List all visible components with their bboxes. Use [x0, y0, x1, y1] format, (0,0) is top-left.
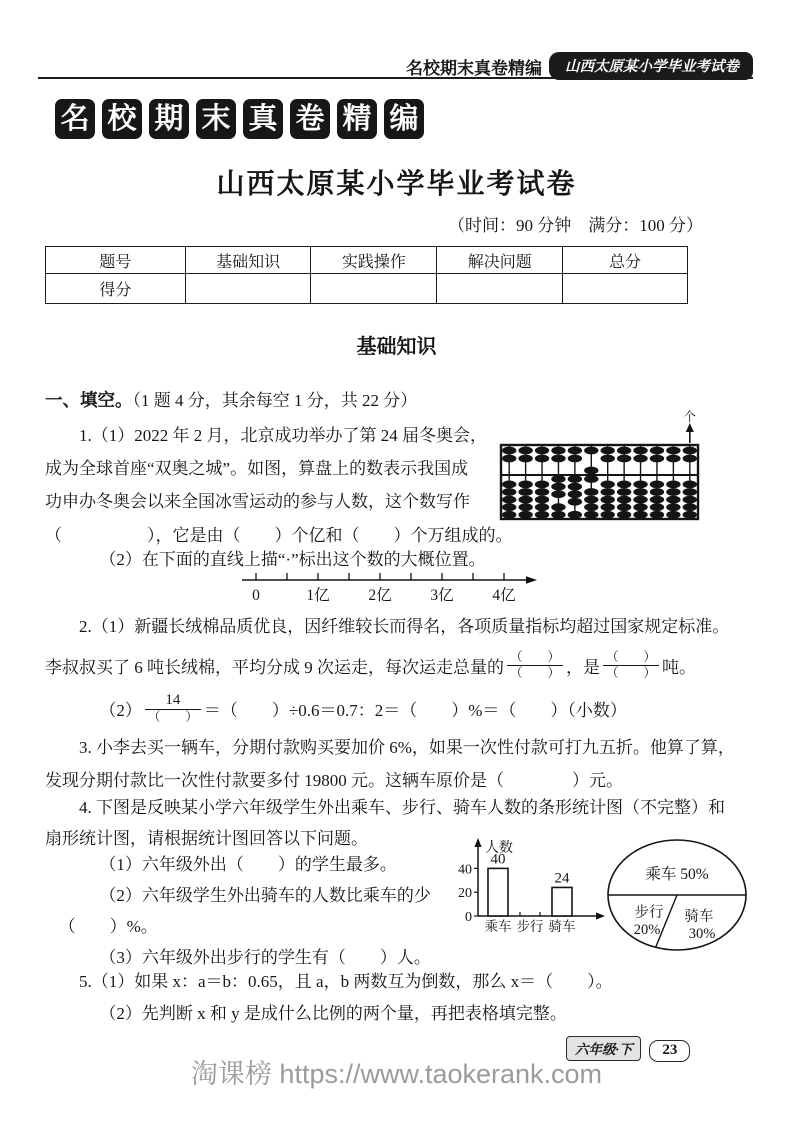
- abacus-bead: [502, 481, 516, 489]
- abacus-bead: [584, 511, 598, 519]
- abacus-bead: [666, 503, 680, 511]
- q4-sub2: （2）六年级学生外出骑车的人数比乘车的少: [45, 880, 457, 911]
- fraction-numerator-blank: （ ）: [603, 650, 659, 665]
- abacus-bead: [601, 481, 615, 489]
- abacus-bead: [617, 511, 631, 519]
- abacus-bead: [666, 481, 680, 489]
- abacus-bead: [535, 447, 549, 455]
- group-score-note: （1 题 4 分，其余每空 1 分，共 22 分）: [133, 391, 418, 410]
- q2-sub2-label: （2）: [45, 696, 142, 721]
- pie-label-slice3: 骑车: [685, 907, 714, 925]
- score-header-cell: 解决问题: [437, 247, 563, 274]
- exam-page: 名校期末真卷精编山西太原某小学毕业考试卷 名 校 期 末 真 卷 精 编 山西太…: [0, 0, 793, 1122]
- abacus-bead: [502, 488, 516, 496]
- abacus-bead: [551, 455, 565, 463]
- q2-line1: 2.（1）新疆长绒棉品质优良，因纤维较长而得名，各项质量指标均超过国家规定标准。: [45, 612, 760, 642]
- series-title-stamps: 名 校 期 末 真 卷 精 编: [55, 99, 427, 139]
- number-line-tick-label: 1亿: [306, 586, 330, 604]
- q1-line: 功申办冬奥会以来全国冰雪运动的参与人数，这个数写作: [45, 485, 515, 518]
- abacus-bead: [584, 475, 598, 483]
- q1-line: 成为全球首座“双奥之城”。如图，算盘上的数表示我国成: [45, 452, 515, 485]
- abacus-bead: [650, 455, 664, 463]
- abacus-bead: [666, 447, 680, 455]
- abacus-bead: [617, 488, 631, 496]
- pie-chart-figure: 乘车 50%步行20%骑车30%: [605, 838, 755, 956]
- abacus-bead: [551, 447, 565, 455]
- abacus-bead: [617, 481, 631, 489]
- score-blank-cell: [437, 274, 563, 304]
- pie-value-slice3: 30%: [689, 926, 716, 942]
- q4-sub1: （1）六年级外出（ ）的学生最多。: [45, 849, 457, 880]
- number-line-svg: 01亿2亿3亿4亿: [240, 566, 540, 608]
- abacus-bead: [568, 498, 582, 506]
- abacus-bead: [584, 496, 598, 504]
- x-category-label: 骑车: [549, 918, 576, 934]
- abacus-bead: [601, 511, 615, 519]
- abacus-bead: [535, 455, 549, 463]
- abacus-bead: [584, 488, 598, 496]
- abacus-bead: [584, 447, 598, 455]
- question-5: 5.（1）如果 x：a＝b：0.65，且 a，b 两数互为倒数，那么 x＝（ ）…: [45, 966, 760, 1030]
- q1-line: 1.（1）2022 年 2 月，北京成功举办了第 24 届冬奥会，: [45, 419, 515, 452]
- x-axis-arrowhead: [596, 912, 605, 919]
- q5-line: 5.（1）如果 x：a＝b：0.65，且 a，b 两数互为倒数，那么 x＝（ ）…: [45, 966, 760, 998]
- abacus-bead: [568, 475, 582, 483]
- q2-line2-text: 李叔叔买了 6 吨长绒棉，平均分成 9 次运走，每次运走总量的: [45, 653, 504, 678]
- y-axis-arrowhead: [474, 838, 481, 847]
- q4-sub2-cont: （ ）%。: [45, 911, 457, 942]
- question-1: 1.（1）2022 年 2 月，北京成功举办了第 24 届冬奥会， 成为全球首座…: [45, 419, 515, 552]
- blank-fraction: （ ）（ ）: [507, 650, 563, 681]
- number-line-tick-label: 2亿: [368, 586, 392, 604]
- abacus-bead: [502, 447, 516, 455]
- q2-line2-text: ，是: [566, 653, 600, 678]
- q4-line: 4. 下图是反映某小学六年级学生外出乘车、步行、骑车人数的条形统计图（不完整）和: [45, 792, 760, 823]
- abacus-bead: [568, 490, 582, 498]
- pie-chart-svg: 乘车 50%步行20%骑车30%: [605, 838, 755, 956]
- abacus-bead: [666, 511, 680, 519]
- abacus-bead: [666, 455, 680, 463]
- abacus-bead: [518, 511, 532, 519]
- fraction-denominator-blank: （ ）: [507, 665, 563, 681]
- bar-chart-svg: 人数0204040乘车步行24骑车: [448, 836, 610, 950]
- score-header-cell: 总分: [563, 247, 688, 274]
- abacus-bead: [683, 455, 697, 463]
- stamp-char: 名: [55, 99, 95, 139]
- abacus-bead: [666, 488, 680, 496]
- page-header: 名校期末真卷精编山西太原某小学毕业考试卷: [406, 52, 753, 80]
- number-line-tick-label: 3亿: [430, 586, 454, 604]
- abacus-bead: [601, 496, 615, 504]
- abacus-bead: [683, 447, 697, 455]
- abacus-bead: [633, 481, 647, 489]
- question-3: 3. 小李去买一辆车，分期付款购买要加价 6%，如果一次性付款可打九五折。他算了…: [45, 731, 760, 797]
- score-table-score-row: 得分: [46, 274, 688, 304]
- abacus-bead: [568, 455, 582, 463]
- abacus-bead: [518, 496, 532, 504]
- section-title: 基础知识: [0, 330, 793, 359]
- score-header-cell: 基础知识: [185, 247, 311, 274]
- header-series-label: 名校期末真卷精编: [406, 59, 542, 78]
- abacus-bead: [568, 511, 582, 519]
- q2-sub2: （2） 14（ ） ＝（ ）÷0.6＝0.7：2＝（ ）%＝（ ）（小数）: [45, 688, 760, 728]
- abacus-bead: [584, 503, 598, 511]
- stamp-char: 真: [243, 99, 283, 139]
- abacus-pointer-arrowhead: [686, 423, 694, 432]
- abacus-bead: [535, 511, 549, 519]
- abacus-bead: [633, 447, 647, 455]
- number-line-arrowhead: [526, 576, 537, 584]
- abacus-bead: [518, 481, 532, 489]
- abacus-bead: [650, 496, 664, 504]
- abacus-bead: [683, 488, 697, 496]
- abacus-bead: [650, 488, 664, 496]
- stamp-char: 编: [384, 99, 424, 139]
- abacus-bead: [601, 503, 615, 511]
- score-blank-cell: [185, 274, 311, 304]
- abacus-bead: [535, 488, 549, 496]
- stamp-char: 末: [196, 99, 236, 139]
- abacus-bead: [633, 511, 647, 519]
- abacus-bead: [633, 488, 647, 496]
- abacus-bead: [683, 511, 697, 519]
- y-tick-label: 20: [458, 886, 472, 901]
- bar-chart-figure: 人数0204040乘车步行24骑车: [448, 836, 610, 950]
- abacus-figure: 个: [498, 410, 702, 522]
- abacus-bead: [650, 511, 664, 519]
- bar-value-label: 40: [491, 851, 506, 867]
- abacus-bead: [535, 503, 549, 511]
- stamp-char: 精: [337, 99, 377, 139]
- pie-label-slice2: 步行: [635, 904, 664, 921]
- y-tick-label: 0: [465, 910, 472, 925]
- fraction-denominator-blank: （ ）: [145, 709, 201, 725]
- exam-time-score-note: （时间：90 分钟 满分：100 分）: [40, 211, 703, 236]
- group-label: 一、填空。: [45, 390, 133, 410]
- number-line-tick-label: 0: [252, 587, 260, 604]
- abacus-bead: [551, 490, 565, 498]
- abacus-bead: [683, 481, 697, 489]
- number-line-figure: 01亿2亿3亿4亿: [240, 566, 540, 608]
- abacus-bead: [518, 447, 532, 455]
- abacus-bead: [650, 481, 664, 489]
- q2-line2-text: 吨。: [662, 653, 696, 678]
- abacus-bead: [601, 455, 615, 463]
- abacus-bead: [551, 475, 565, 483]
- score-header-cell: 题号: [46, 247, 186, 274]
- abacus-bead: [502, 503, 516, 511]
- abacus-bead: [650, 503, 664, 511]
- fraction-numerator: 14: [145, 691, 201, 709]
- fraction-numerator-blank: （ ）: [507, 650, 563, 665]
- bar-value-label: 24: [555, 870, 571, 886]
- abacus-bead: [633, 503, 647, 511]
- abacus-bead: [518, 503, 532, 511]
- number-line-tick-label: 4亿: [492, 586, 516, 604]
- question-4-subquestions: （1）六年级外出（ ）的学生最多。 （2）六年级学生外出骑车的人数比乘车的少 （…: [45, 849, 457, 973]
- abacus-bead: [666, 496, 680, 504]
- score-table: 题号 基础知识 实践操作 解决问题 总分 得分: [45, 246, 688, 304]
- score-blank-cell: [311, 274, 437, 304]
- question-2: 2.（1）新疆长绒棉品质优良，因纤维较长而得名，各项质量指标均超过国家规定标准。…: [45, 612, 760, 728]
- abacus-bead: [601, 447, 615, 455]
- watermark: 淘课榜 https://www.taokerank.com: [0, 1052, 793, 1091]
- score-table-header-row: 题号 基础知识 实践操作 解决问题 总分: [46, 247, 688, 274]
- score-header-cell: 实践操作: [311, 247, 437, 274]
- score-row-label: 得分: [46, 274, 186, 304]
- abacus-bead: [617, 455, 631, 463]
- abacus-svg: 个: [498, 410, 702, 522]
- q2-sub2-equation: ＝（ ）÷0.6＝0.7：2＝（ ）%＝（ ）（小数）: [204, 696, 627, 721]
- abacus-bead: [535, 481, 549, 489]
- q2-line2: 李叔叔买了 6 吨长绒棉，平均分成 9 次运走，每次运走总量的 （ ）（ ） ，…: [45, 642, 760, 688]
- x-category-label: 乘车: [485, 919, 512, 934]
- abacus-bead: [584, 467, 598, 475]
- question-group-intro: 一、填空。（1 题 4 分，其余每空 1 分，共 22 分）: [45, 386, 417, 412]
- abacus-bead: [601, 488, 615, 496]
- q3-line: 3. 小李去买一辆车，分期付款购买要加价 6%，如果一次性付款可打九五折。他算了…: [45, 731, 760, 764]
- blank-fraction: （ ）（ ）: [603, 650, 659, 681]
- bar-乘车: [488, 868, 508, 916]
- abacus-bead: [633, 496, 647, 504]
- abacus-bead: [568, 483, 582, 491]
- stamp-char: 校: [102, 99, 142, 139]
- abacus-bead: [518, 455, 532, 463]
- header-badge: 山西太原某小学毕业考试卷: [549, 52, 753, 80]
- abacus-bead: [551, 511, 565, 519]
- abacus-bead: [633, 455, 647, 463]
- abacus-bead: [535, 496, 549, 504]
- abacus-bead: [683, 496, 697, 504]
- abacus-bead: [518, 488, 532, 496]
- abacus-bead: [502, 455, 516, 463]
- x-category-label: 步行: [517, 918, 545, 934]
- abacus-bead: [683, 503, 697, 511]
- fraction-denominator-blank: （ ）: [603, 665, 659, 681]
- page-title: 山西太原某小学毕业考试卷: [0, 162, 793, 202]
- stamp-char: 期: [149, 99, 189, 139]
- abacus-bead: [551, 483, 565, 491]
- score-blank-cell: [563, 274, 688, 304]
- abacus-bead: [650, 447, 664, 455]
- stamp-char: 卷: [290, 99, 330, 139]
- y-tick-label: 40: [458, 862, 472, 877]
- q5-line: （2）先判断 x 和 y 是成什么比例的两个量，再把表格填完整。: [45, 998, 760, 1030]
- abacus-bead: [502, 511, 516, 519]
- abacus-bead: [551, 503, 565, 511]
- abacus-pointer-label: 个: [684, 410, 697, 424]
- abacus-bead: [617, 496, 631, 504]
- abacus-bead: [502, 496, 516, 504]
- abacus-bead: [568, 447, 582, 455]
- fraction-14-over-blank: 14（ ）: [145, 691, 201, 725]
- pie-value-slice2: 20%: [634, 922, 661, 938]
- abacus-bead: [617, 447, 631, 455]
- pie-label-slice1: 乘车 50%: [645, 865, 708, 883]
- bar-骑车: [552, 887, 572, 916]
- abacus-bead: [617, 503, 631, 511]
